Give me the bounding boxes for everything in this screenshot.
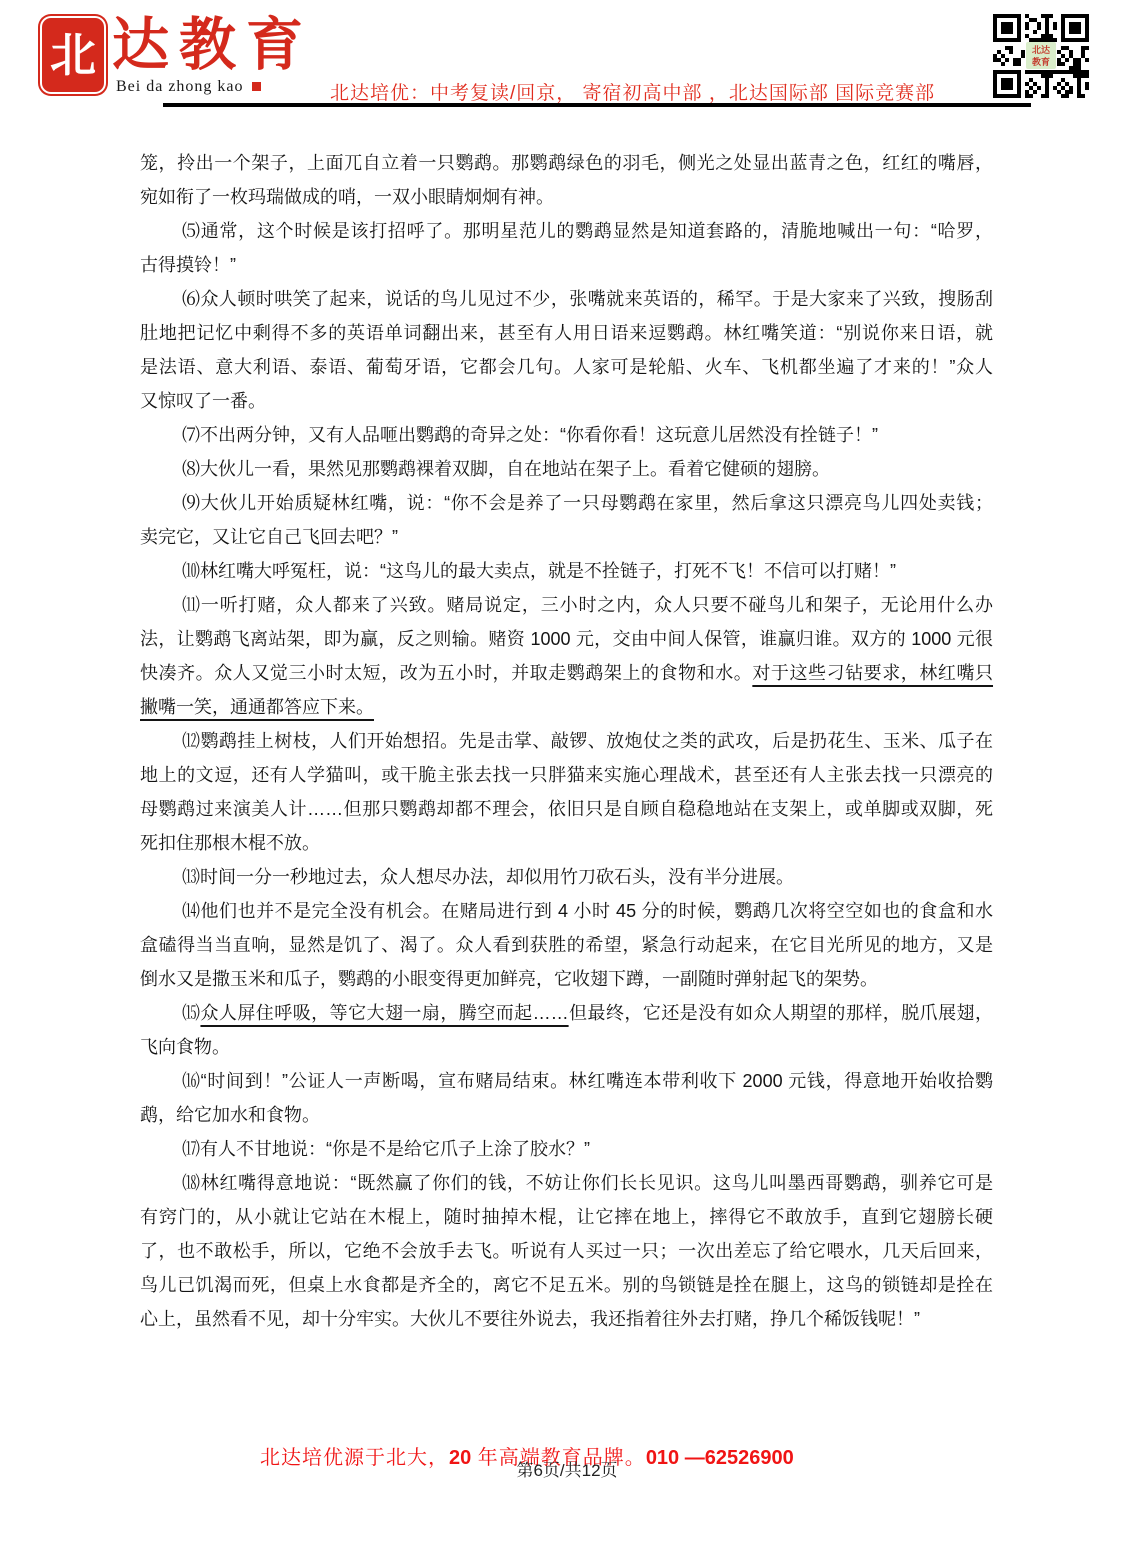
text-segment: 鹉，给它加水和食物。 xyxy=(140,1105,320,1125)
brand-subtitle: Bei da zhong kao xyxy=(116,78,261,96)
text-segment: 母鹦鹉过来演美人计……但那只鹦鹉却都不理会，依旧只是自顾自稳稳地站在支架上，或单… xyxy=(140,799,993,819)
text-line: 飞向食物。 xyxy=(140,1030,993,1064)
text-segment: 宛如衔了一枚玛瑞做成的哨，一双小眼睛炯炯有神。 xyxy=(140,187,554,207)
qr-code: 北达 教育 xyxy=(993,14,1089,98)
qr-module xyxy=(1033,30,1037,34)
text-segment: 古得摸铃！” xyxy=(140,255,236,275)
text-line: ⑹众人顿时哄笑了起来，说话的鸟儿见过不少，张嘴就来英语的，稀罕。于是大家来了兴致… xyxy=(140,282,993,316)
underlined-text: 撇嘴一笑，通通都答应下来。 xyxy=(140,697,374,717)
text-line: 倒水又是撒玉米和瓜子，鹦鹉的小眼变得更加鲜亮，它收翅下蹲，一副随时弹射起飞的架势… xyxy=(140,962,993,996)
qr-module xyxy=(1065,94,1069,98)
brand-red-square xyxy=(252,82,261,91)
document-page: 北 达教育 Bei da zhong kao 北达培优：中考复读/回京， 寄宿初… xyxy=(0,0,1134,1559)
text-line: ⒁他们也并不是完全没有机会。在赌局进行到 4 小时 45 分的时候，鹦鹉几次将空… xyxy=(140,894,993,928)
qr-module xyxy=(1049,74,1053,78)
text-segment: ⒃“时间到！”公证人一声断喝，宣布赌局结束。林红嘴连本带利收下 2000 元钱，… xyxy=(182,1071,993,1091)
text-segment: 倒水又是撒玉米和瓜子，鹦鹉的小眼变得更加鲜亮，它收翅下蹲，一副随时弹射起飞的架势… xyxy=(140,969,878,989)
underlined-text: 对于这些刁钻要求，林红嘴只 xyxy=(752,663,993,683)
qr-module xyxy=(1085,46,1089,50)
text-line: ⑸通常，这个时候是该打招呼了。那明星范儿的鹦鹉显然是知道套路的，清脆地喊出一句：… xyxy=(140,214,993,248)
text-segment: 是法语、意大利语、泰语、葡萄牙语，它都会几句。人家可是轮船、火车、飞机都坐遍了才… xyxy=(140,357,993,377)
text-segment: 鸟儿已饥渴而死，但桌上水食都是齐全的，离它不足五米。别的鸟锁链是拴在腿上，这鸟的… xyxy=(140,1275,993,1295)
qr-module xyxy=(1021,54,1025,58)
text-segment: 死扣住那根木棍不放。 xyxy=(140,833,320,853)
text-line: ⑾一听打赌，众人都来了兴致。赌局说定，三小时之内，众人只要不碰鸟儿和架子，无论用… xyxy=(140,588,993,622)
qr-module xyxy=(1085,86,1089,90)
qr-module xyxy=(1061,62,1065,66)
qr-badge-line2: 教育 xyxy=(1026,56,1056,68)
text-segment: ⒂ xyxy=(182,1003,200,1023)
text-segment: ⒁他们也并不是完全没有机会。在赌局进行到 4 小时 45 分的时候，鹦鹉几次将空… xyxy=(182,901,993,921)
qr-module xyxy=(1033,90,1037,94)
text-segment: 肚地把记忆中剩得不多的英语单词翻出来，甚至有人用日语来逗鹦鹉。林红嘴笑道：“别说… xyxy=(140,323,993,343)
text-segment: ⑹众人顿时哄笑了起来，说话的鸟儿见过不少，张嘴就来英语的，稀罕。于是大家来了兴致… xyxy=(182,289,993,309)
text-line: 宛如衔了一枚玛瑞做成的哨，一双小眼睛炯炯有神。 xyxy=(140,180,993,214)
qr-module xyxy=(1049,14,1053,18)
qr-module xyxy=(1029,94,1033,98)
text-line: 是法语、意大利语、泰语、葡萄牙语，它都会几句。人家可是轮船、火车、飞机都坐遍了才… xyxy=(140,350,993,384)
header-divider-rule xyxy=(163,103,1031,107)
qr-module xyxy=(1037,26,1041,30)
text-line: 笼，拎出一个架子，上面兀自立着一只鹦鹉。那鹦鹉绿色的羽毛，侧光之处显出蓝青之色，… xyxy=(140,146,993,180)
underlined-text: 众人屏住呼吸，等它大翅一扇，腾空而起…… xyxy=(200,1003,568,1023)
text-segment: ⑼大伙儿开始质疑林红嘴，说：“你不会是养了一只母鹦鹉在家里，然后拿这只漂亮鸟儿四… xyxy=(182,493,993,513)
qr-center-badge: 北达 教育 xyxy=(1026,42,1056,69)
text-line: 死扣住那根木棍不放。 xyxy=(140,826,993,860)
qr-finder-pattern xyxy=(1061,14,1089,42)
text-line: 卖完它，又让它自己飞回去吧？” xyxy=(140,520,993,554)
text-line: ⑽林红嘴大呼冤枉，说：“这鸟儿的最大卖点，就是不拴链子，打死不飞！不信可以打赌！… xyxy=(140,554,993,588)
text-segment: ⒄有人不甘地说：“你是不是给它爪子上涂了胶水？” xyxy=(182,1139,590,1159)
text-line: 肚地把记忆中剩得不多的英语单词翻出来，甚至有人用日语来逗鹦鹉。林红嘴笑道：“别说… xyxy=(140,316,993,350)
text-line: 了，也不敢松手，所以，它绝不会放手去飞。听说有人买过一只；一次出差忘了给它喂水，… xyxy=(140,1234,993,1268)
text-line: 法，让鹦鹉飞离站架，即为赢，反之则输。赌资 1000 元，交由中间人保管，谁赢归… xyxy=(140,622,993,656)
qr-module xyxy=(1037,86,1041,90)
text-segment: ⑾一听打赌，众人都来了兴致。赌局说定，三小时之内，众人只要不碰鸟儿和架子，无论用… xyxy=(182,595,993,615)
text-line: 快凑齐。众人又觉三小时太短，改为五小时，并取走鹦鹉架上的食物和水。对于这些刁钻要… xyxy=(140,656,993,690)
text-line: 古得摸铃！” xyxy=(140,248,993,282)
text-segment: 又惊叹了一番。 xyxy=(140,391,266,411)
text-line: 盒磕得当当直响，显然是饥了、渴了。众人看到获胜的希望，紧急行动起来，在它目光所见… xyxy=(140,928,993,962)
text-segment: ⒀时间一分一秒地过去，众人想尽办法，却似用竹刀砍石头，没有半分进展。 xyxy=(182,867,794,887)
qr-finder-pattern xyxy=(993,70,1021,98)
qr-module xyxy=(1025,26,1029,30)
text-line: ⑺不出两分钟，又有人品咂出鹦鹉的奇异之处：“你看你看！这玩意儿居然没有拴链子！” xyxy=(140,418,993,452)
qr-finder-pattern xyxy=(993,14,1021,42)
text-segment: ⑺不出两分钟，又有人品咂出鹦鹉的奇异之处：“你看你看！这玩意儿居然没有拴链子！” xyxy=(182,425,878,445)
text-line: 地上的文逗，还有人学猫叫，或干脆主张去找一只胖猫来实施心理战术，甚至还有人主张去… xyxy=(140,758,993,792)
text-segment: 飞向食物。 xyxy=(140,1037,230,1057)
text-line: ⑻大伙儿一看，果然见那鹦鹉裸着双脚，自在地站在架子上。看着它健硕的翅膀。 xyxy=(140,452,993,486)
text-segment: 笼，拎出一个架子，上面兀自立着一只鹦鹉。那鹦鹉绿色的羽毛，侧光之处显出蓝青之色，… xyxy=(140,153,993,173)
body-text: 笼，拎出一个架子，上面兀自立着一只鹦鹉。那鹦鹉绿色的羽毛，侧光之处显出蓝青之色，… xyxy=(140,146,993,1336)
qr-badge-line1: 北达 xyxy=(1026,44,1056,56)
qr-module xyxy=(1017,62,1021,66)
brand-title: 达教育 xyxy=(112,10,313,82)
header-tagline: 北达培优：中考复读/回京， 寄宿初高中部 ，北达国际部 国际竞赛部 xyxy=(330,78,935,105)
text-segment: 有窍门的，从小就让它站在木棍上，随时抽掉木棍，让它摔在地上，摔得它不敢放手，直到… xyxy=(140,1207,993,1227)
text-line: 母鹦鹉过来演美人计……但那只鹦鹉却都不理会，依旧只是自顾自稳稳地站在支架上，或单… xyxy=(140,792,993,826)
text-line: ⒀时间一分一秒地过去，众人想尽办法，却似用竹刀砍石头，没有半分进展。 xyxy=(140,860,993,894)
text-segment: 快凑齐。众人又觉三小时太短，改为五小时，并取走鹦鹉架上的食物和水。 xyxy=(140,663,752,683)
text-segment: 心上，虽然看不见，却十分牢实。大伙儿不要往外说去，我还指着往外去打赌，挣几个稀饭… xyxy=(140,1309,920,1329)
text-line: 鹉，给它加水和食物。 xyxy=(140,1098,993,1132)
text-line: ⒅林红嘴得意地说：“既然赢了你们的钱，不妨让你们长长见识。这鸟儿叫墨西哥鹦鹉，驯… xyxy=(140,1166,993,1200)
qr-module xyxy=(1001,62,1005,66)
brand-subtitle-text: Bei da zhong kao xyxy=(116,78,244,95)
qr-module xyxy=(1085,58,1089,62)
text-line: ⑿鹦鹉挂上树枝，人们开始想招。先是击掌、敲锣、放炮仗之类的武攻，后是扔花生、玉米… xyxy=(140,724,993,758)
qr-module xyxy=(1081,94,1085,98)
qr-module xyxy=(1009,50,1013,54)
text-segment: 卖完它，又让它自己飞回去吧？” xyxy=(140,527,398,547)
text-line: 又惊叹了一番。 xyxy=(140,384,993,418)
text-line: ⑼大伙儿开始质疑林红嘴，说：“你不会是养了一只母鹦鹉在家里，然后拿这只漂亮鸟儿四… xyxy=(140,486,993,520)
text-line: 撇嘴一笑，通通都答应下来。 xyxy=(140,690,993,724)
qr-module xyxy=(1069,90,1073,94)
qr-module xyxy=(1045,94,1049,98)
text-line: ⒂众人屏住呼吸，等它大翅一扇，腾空而起……但最终，它还是没有如众人期望的那样，脱… xyxy=(140,996,993,1030)
text-segment: 了，也不敢松手，所以，它绝不会放手去飞。听说有人买过一只；一次出差忘了给它喂水，… xyxy=(140,1241,993,1261)
text-line: ⒄有人不甘地说：“你是不是给它爪子上涂了胶水？” xyxy=(140,1132,993,1166)
qr-module xyxy=(1005,58,1009,62)
text-line: 鸟儿已饥渴而死，但桌上水食都是齐全的，离它不足五米。别的鸟锁链是拴在腿上，这鸟的… xyxy=(140,1268,993,1302)
text-segment: 但最终，它还是没有如众人期望的那样，脱爪展翅， xyxy=(569,1003,993,1023)
text-line: ⒃“时间到！”公证人一声断喝，宣布赌局结束。林红嘴连本带利收下 2000 元钱，… xyxy=(140,1064,993,1098)
text-segment: ⒅林红嘴得意地说：“既然赢了你们的钱，不妨让你们长长见识。这鸟儿叫墨西哥鹦鹉，驯… xyxy=(182,1173,993,1193)
page-number: 第6页/共12页 xyxy=(0,1456,1134,1481)
text-segment: 法，让鹦鹉飞离站架，即为赢，反之则输。赌资 1000 元，交由中间人保管，谁赢归… xyxy=(140,629,993,649)
text-segment: ⑸通常，这个时候是该打招呼了。那明星范儿的鹦鹉显然是知道套路的，清脆地喊出一句：… xyxy=(182,221,993,241)
text-line: 心上，虽然看不见，却十分牢实。大伙儿不要往外说去，我还指着往外去打赌，挣几个稀饭… xyxy=(140,1302,993,1336)
text-segment: 地上的文逗，还有人学猫叫，或干脆主张去找一只胖猫来实施心理战术，甚至还有人主张去… xyxy=(140,765,993,785)
text-line: 有窍门的，从小就让它站在木棍上，随时抽掉木棍，让它摔在地上，摔得它不敢放手，直到… xyxy=(140,1200,993,1234)
qr-module xyxy=(1053,26,1057,30)
brand-seal-logo: 北 xyxy=(42,18,104,92)
text-segment: ⑽林红嘴大呼冤枉，说：“这鸟儿的最大卖点，就是不拴链子，打死不飞！不信可以打赌！… xyxy=(182,561,896,581)
text-segment: ⑿鹦鹉挂上树枝，人们开始想招。先是击掌、敲锣、放炮仗之类的武攻，后是扔花生、玉米… xyxy=(182,731,993,751)
qr-module xyxy=(1065,58,1069,62)
text-segment: 盒磕得当当直响，显然是饥了、渴了。众人看到获胜的希望，紧急行动起来，在它目光所见… xyxy=(140,935,993,955)
text-segment: ⑻大伙儿一看，果然见那鹦鹉裸着双脚，自在地站在架子上。看着它健硕的翅膀。 xyxy=(182,459,830,479)
qr-module xyxy=(1085,74,1089,78)
